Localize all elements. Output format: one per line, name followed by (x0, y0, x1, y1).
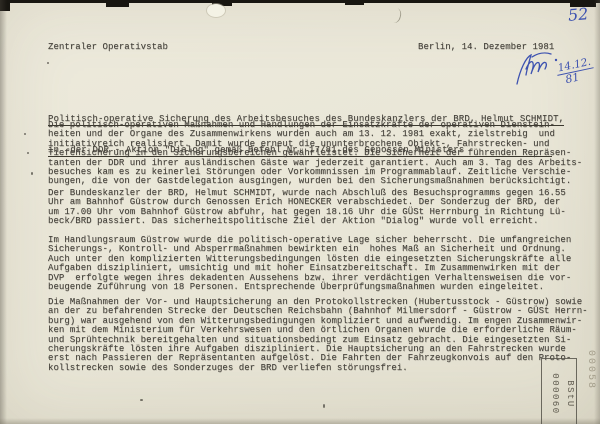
speck (24, 133, 26, 135)
speck (31, 172, 33, 175)
scan-edge-mark (106, 0, 129, 7)
scanned-document-page: Zentraler Operativstab Berlin, 14. Dezem… (0, 0, 600, 424)
scan-edge-bottom (0, 418, 600, 424)
scan-edge-top (0, 0, 600, 3)
handwritten-page-number: 52 (567, 4, 589, 25)
paragraph-departure: Der Bundeskanzler der BRD, Helmut SCHMID… (48, 189, 566, 227)
speck (27, 152, 29, 154)
paragraph-daily-summary: Die politisch-operativen Maßnahmen und H… (48, 121, 582, 187)
bstu-stamp: BStU 000060 (541, 358, 577, 424)
punch-hole-artifact (207, 4, 225, 17)
scan-edge-left (0, 0, 7, 424)
speck (47, 62, 49, 64)
bstu-stamp-number: 000060 (547, 360, 562, 424)
scan-artifact-arc (388, 7, 402, 24)
archive-page-number: 00058 (580, 350, 596, 408)
bstu-stamp-label: BStU (562, 360, 577, 424)
paragraph-route-security: Die Maßnahmen der Vor- und Hauptsicherun… (48, 298, 588, 373)
paragraph-guestrow-area: Im Handlungsraum Güstrow wurde die polit… (48, 236, 571, 292)
handwritten-signature-scribble (514, 50, 562, 90)
speck (323, 404, 325, 408)
scan-edge-mark (345, 0, 364, 5)
issuing-unit-label: Zentraler Operativstab (48, 43, 168, 52)
speck (140, 399, 143, 401)
